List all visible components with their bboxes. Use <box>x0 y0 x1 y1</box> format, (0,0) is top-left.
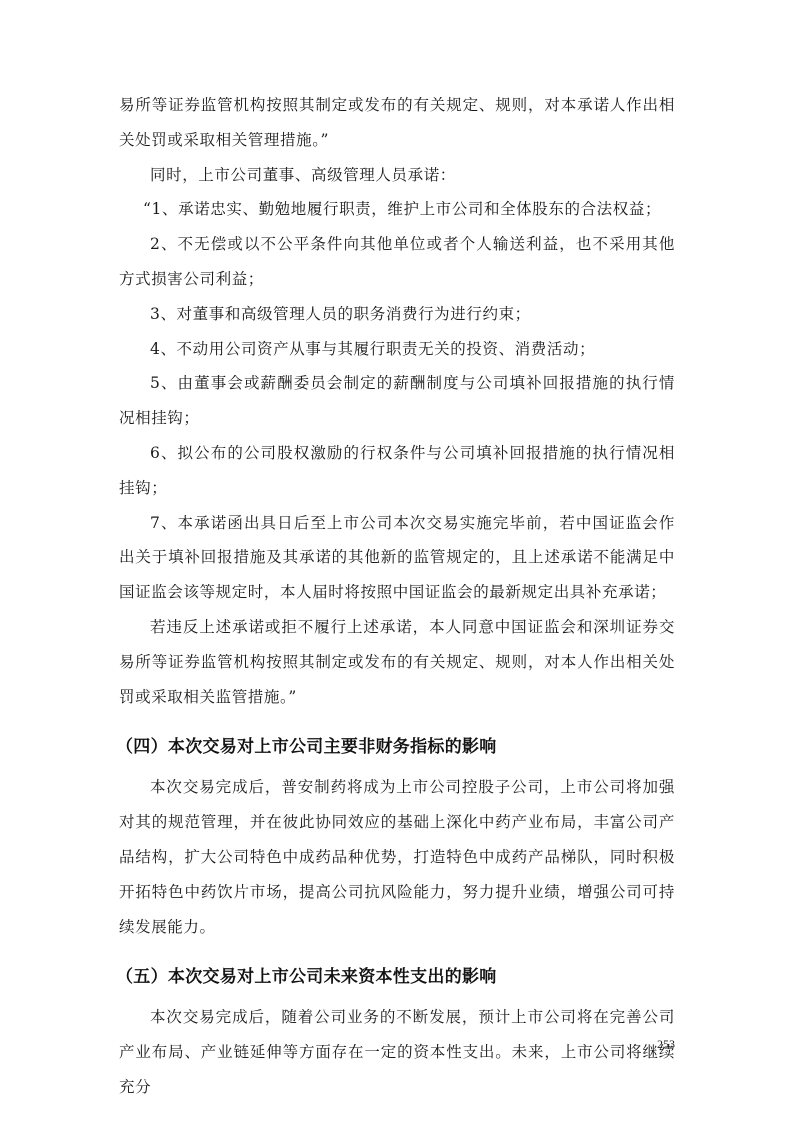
commitment-item-2: 2、不无偿或以不公平条件向其他单位或者个人输送利益，也不采用其他方式损害公司利益… <box>119 227 675 297</box>
section-heading-5: （五）本次交易对上市公司未来资本性支出的影响 <box>116 960 675 994</box>
section-heading-4: （四）本次交易对上市公司主要非财务指标的影响 <box>116 730 675 764</box>
commitment-item-5: 5、由董事会或薪酬委员会制定的薪酬制度与公司填补回报措施的执行情况相挂钩； <box>119 366 675 436</box>
commitment-item-4: 4、不动用公司资产从事与其履行职责无关的投资、消费活动； <box>119 332 675 367</box>
commitment-item-7: 7、本承诺函出具日后至上市公司本次交易实施完毕前，若中国证监会作出关于填补回报措… <box>119 506 675 610</box>
paragraph-directors-commitment-intro: 同时，上市公司董事、高级管理人员承诺： <box>119 158 675 193</box>
commitment-item-6: 6、拟公布的公司股权激励的行权条件与公司填补回报措施的执行情况相挂钩； <box>119 436 675 506</box>
commitment-item-1: “1、承诺忠实、勤勉地履行职责，维护上市公司和全体股东的合法权益； <box>119 192 675 227</box>
paragraph-continuation: 易所等证券监管机构按照其制定或发布的有关规定、规则，对本承诺人作出相关处罚或采取… <box>119 88 675 158</box>
commitment-item-3: 3、对董事和高级管理人员的职务消费行为进行约束； <box>119 297 675 332</box>
page-number: 253 <box>657 1037 675 1052</box>
section-4-body: 本次交易完成后，普安制药将成为上市公司控股子公司，上市公司将加强对其的规范管理，… <box>119 770 675 944</box>
page-content: 易所等证券监管机构按照其制定或发布的有关规定、规则，对本承诺人作出相关处罚或采取… <box>119 88 675 1105</box>
document-page: 易所等证券监管机构按照其制定或发布的有关规定、规则，对本承诺人作出相关处罚或采取… <box>0 0 793 1122</box>
section-5-body: 本次交易完成后，随着公司业务的不断发展，预计上市公司将在完善公司产业布局、产业链… <box>119 1000 675 1104</box>
commitment-violation-clause: 若违反上述承诺或拒不履行上述承诺，本人同意中国证监会和深圳证券交易所等证券监管机… <box>119 610 675 714</box>
